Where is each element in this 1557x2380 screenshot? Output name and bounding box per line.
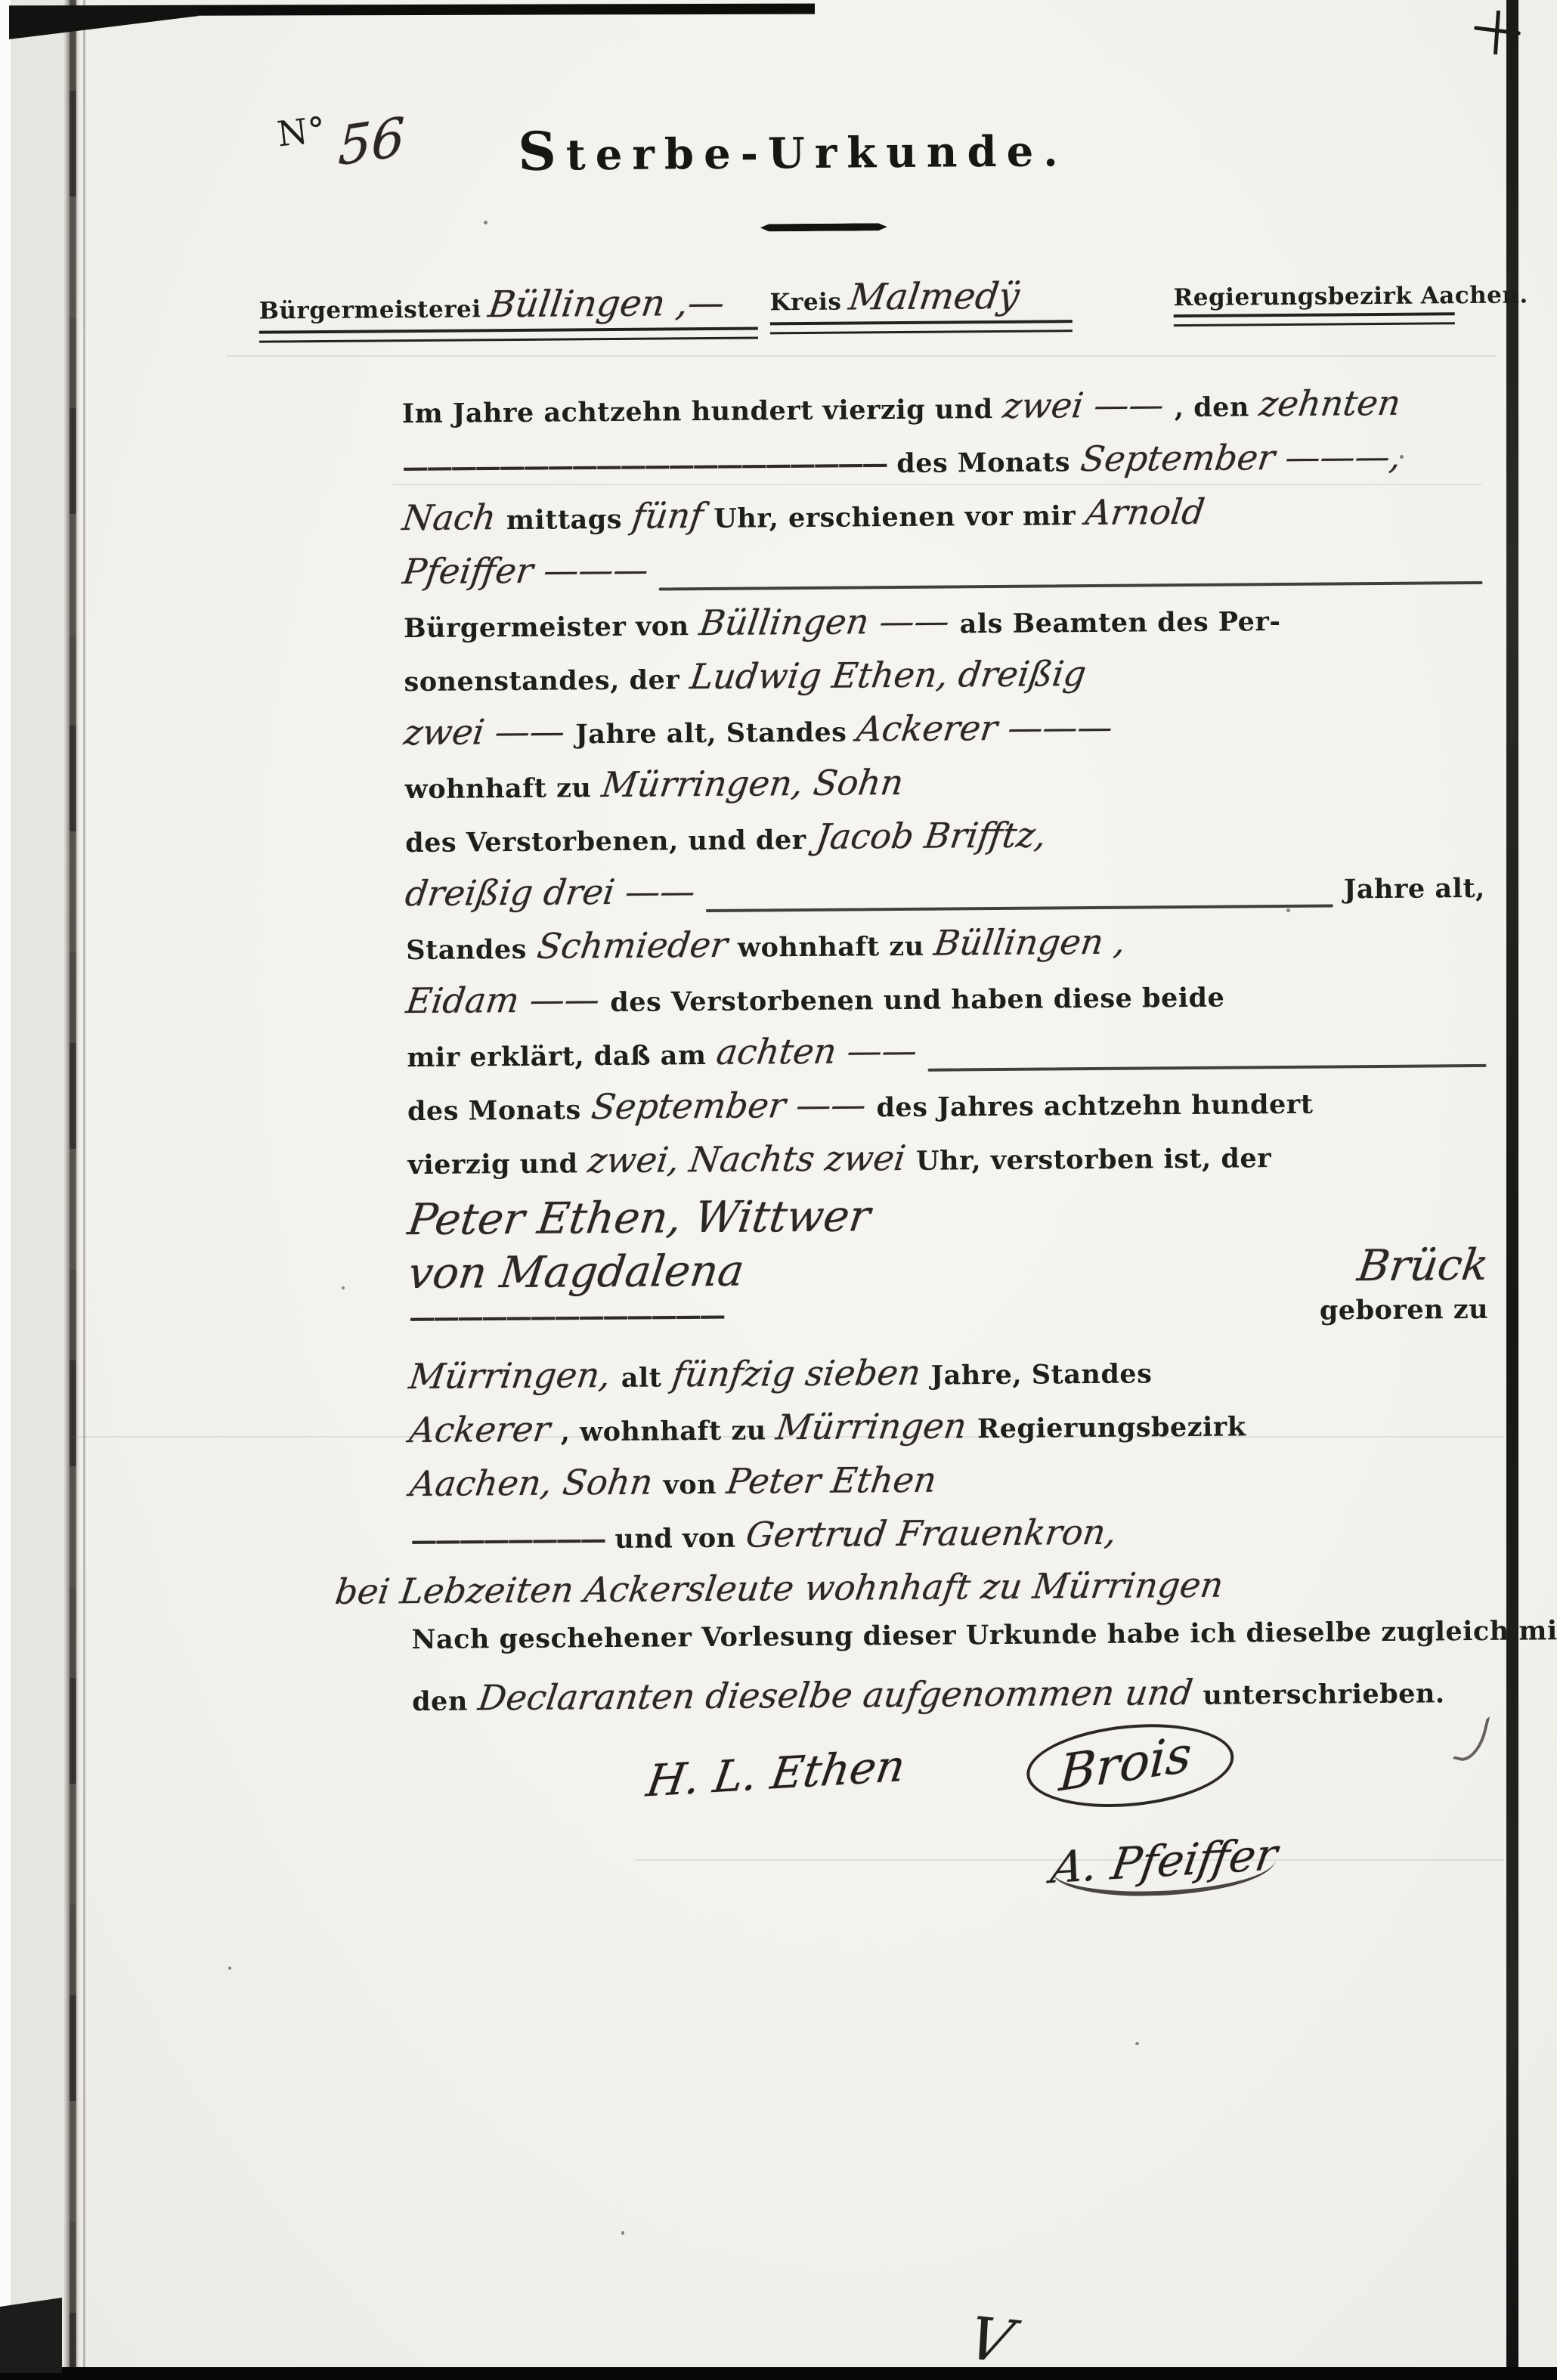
handwritten-text: von Magdalena: [405, 1246, 747, 1299]
signature-declarant-2: Brois: [1026, 1725, 1234, 1807]
printed-text: Bürgermeister von: [404, 611, 689, 644]
municipality-label: Bürgermeisterei: [259, 296, 481, 324]
printed-text: , den: [1175, 392, 1249, 423]
certificate-number-value: 56: [338, 105, 406, 178]
handwritten-text: zwei ——: [1001, 384, 1166, 426]
double-underline: [770, 320, 1073, 334]
printed-text: des Verstorbenen, und der: [405, 825, 806, 859]
handwritten-text: Ackerer: [407, 1409, 553, 1451]
form-line: Eidam ——des Verstorbenen und haben diese…: [407, 972, 1487, 1034]
handwritten-text: bei Lebzeiten Ackersleute wohnhaft zu Mü…: [333, 1564, 1225, 1612]
handwritten-text: Sohn: [811, 762, 906, 803]
handwritten-text: Nach: [400, 497, 498, 538]
municipality-field: Bürgermeisterei Büllingen ,—: [258, 281, 758, 342]
form-line: bei Lebzeiten Ackersleute wohnhaft zu Mü…: [336, 1562, 1491, 1625]
handwritten-text: fünf: [630, 495, 705, 537]
handwritten-text: Jacob Brifftz,: [814, 814, 1049, 856]
handwritten-text: Declaranten dieselbe aufgenommen und: [475, 1672, 1195, 1718]
handwritten-text: Mürringen: [774, 1405, 970, 1447]
handwritten-text: September ——: [589, 1084, 868, 1127]
form-line: sonenstandes, derLudwig Ethen,dreißig: [404, 650, 1484, 712]
scanned-death-certificate-page: V N° 56 Sterbe-Urkunde. Bürgermeisterei …: [0, 0, 1557, 2380]
form-line: denDeclaranten dieselbe aufgenommen undu…: [412, 1670, 1492, 1732]
handwritten-text: Büllingen ,: [932, 921, 1128, 964]
printed-text: , wohnhaft zu: [560, 1415, 766, 1447]
printed-text: des Jahres achtzehn hundert: [876, 1089, 1313, 1124]
form-line: vierzig undzwei,Nachts zweiUhr, verstorb…: [407, 1133, 1487, 1195]
body-text: Im Jahre achtzehn hundert vierzig undzwe…: [401, 382, 1491, 1732]
form-line: NachmittagsfünfUhr, erschienen vor mirAr…: [403, 489, 1483, 551]
certificate-number: N° 56: [277, 110, 406, 173]
printed-text: mir erklärt, daß am: [407, 1040, 706, 1073]
signature-flourish-oval: Brois: [1023, 1716, 1237, 1816]
kreis-field: Kreis Malmedÿ: [769, 274, 1073, 334]
handwritten-text: Mürringen,: [599, 763, 806, 805]
page-title: Sterbe-Urkunde.: [518, 116, 1068, 183]
form-line: Pfeiffer ———: [403, 543, 1483, 605]
kreis-label: Kreis: [769, 289, 841, 317]
handwritten-text: zehnten: [1257, 382, 1403, 425]
double-underline: [1174, 312, 1455, 327]
printed-text: Im Jahre achtzehn hundert vierzig und: [402, 394, 993, 429]
printed-text: von: [663, 1469, 717, 1501]
printed-text: Standes: [406, 934, 527, 966]
double-underline: [259, 327, 758, 342]
printed-text: des Monats: [896, 447, 1070, 479]
printed-text: Uhr, verstorben ist, der: [916, 1143, 1271, 1177]
handwritten-text: Gertrud Frauenkron,: [744, 1512, 1119, 1555]
printed-text: unterschrieben.: [1203, 1678, 1444, 1711]
signature-declarant-1: H. L. Ethen: [648, 1747, 904, 1800]
form-line: ————————————————————des MonatsSeptember …: [402, 435, 1482, 497]
filler-rule: ————————————————————: [402, 448, 886, 483]
filler-rule: [706, 904, 1333, 912]
printed-text: Jahre alt, Standes: [575, 717, 847, 751]
form-line: des Verstorbenen, und derJacob Brifftz,: [405, 811, 1485, 873]
blank-spacer: [734, 1320, 1309, 1324]
form-line: von MagdalenaBrück: [408, 1240, 1488, 1302]
handwritten-text: Nachts zwei: [687, 1137, 908, 1180]
signature-official: A. Pfeiffer: [1053, 1834, 1277, 1896]
district-label: Regierungsbezirk Aachen.: [1173, 281, 1528, 311]
handwritten-text: dreißig drei ——: [403, 871, 698, 914]
handwritten-text: September ———,: [1078, 436, 1404, 479]
form-line: Bürgermeister vonBüllingen ——als Beamten…: [404, 596, 1484, 658]
form-line: Ackerer, wohnhaft zuMürringenRegierungsb…: [410, 1401, 1490, 1463]
printed-text: Jahre, Standes: [930, 1358, 1152, 1391]
handwritten-text: Ackerer ———: [855, 707, 1116, 750]
form-line: Nach geschehener Vorlesung dieser Urkund…: [411, 1616, 1491, 1678]
handwritten-text: fünfzig sieben: [670, 1352, 923, 1395]
filler-rule: —————————————: [409, 1300, 723, 1333]
filler-rule: [927, 1064, 1486, 1072]
handwritten-text: Schmieder: [534, 924, 729, 967]
printed-text: des Verstorbenen und haben diese beide: [610, 983, 1224, 1018]
certificate-number-label: N°: [275, 109, 328, 155]
printed-text: des Monats: [407, 1094, 581, 1127]
filler-rule: ————————: [410, 1524, 604, 1556]
printed-text: mittags: [506, 504, 622, 536]
form-line: Mürringen,altfünfzig siebenJahre, Stande…: [410, 1348, 1490, 1410]
printed-text: geboren zu: [1320, 1294, 1489, 1326]
handwritten-text: Ludwig Ethen,: [688, 654, 951, 697]
form-line: ————————und vonGertrud Frauenkron,: [410, 1509, 1490, 1571]
handwritten-text: Peter Ethen: [724, 1459, 939, 1502]
form-line: des MonatsSeptember ——des Jahres achtzeh…: [407, 1079, 1487, 1141]
filler-rule: [659, 581, 1483, 591]
form-line: mir erklärt, daß amachten ——: [407, 1026, 1487, 1088]
handwritten-text: zwei ——: [401, 710, 567, 753]
handwritten-text: achten ——: [714, 1030, 920, 1072]
printed-text: Uhr, erschienen vor mir: [713, 500, 1076, 534]
printed-text: den: [412, 1686, 468, 1718]
printed-text: als Beamten des Per-: [960, 606, 1281, 639]
municipality-value: Büllingen ,—: [486, 282, 727, 327]
title-divider: [760, 223, 887, 231]
printed-text: Regierungsbezirk: [977, 1411, 1246, 1444]
certificate-content: N° 56 Sterbe-Urkunde. Bürgermeisterei Bü…: [0, 0, 1557, 2380]
handwritten-text: Mürringen,: [407, 1354, 613, 1397]
form-line: —————————————geboren zu: [409, 1294, 1489, 1356]
handwritten-text: Pfeiffer ———: [401, 549, 651, 593]
handwritten-text: Aachen, Sohn: [407, 1462, 655, 1505]
printed-text: wohnhaft zu: [738, 931, 924, 964]
district-field: Regierungsbezirk Aachen.: [1173, 282, 1454, 327]
form-line: Im Jahre achtzehn hundert vierzig undzwe…: [401, 382, 1481, 444]
handwritten-text: Eidam ——: [404, 979, 602, 1021]
printed-text: wohnhaft zu: [404, 772, 591, 805]
form-line: zwei ——Jahre alt, StandesAckerer ———: [404, 704, 1484, 766]
form-line: Aachen, SohnvonPeter Ethen: [410, 1455, 1490, 1517]
handwritten-text: zwei,: [586, 1139, 682, 1181]
handwritten-text: dreißig: [956, 653, 1088, 695]
kreis-value: Malmedÿ: [847, 275, 1022, 319]
form-line: StandesSchmiederwohnhaft zuBüllingen ,: [406, 918, 1486, 980]
handwritten-text: Brück: [1354, 1240, 1491, 1291]
handwritten-text: Peter Ethen, Wittwer: [405, 1191, 874, 1245]
printed-text: Jahre alt,: [1344, 873, 1485, 905]
printed-text: sonenstandes, der: [404, 664, 679, 698]
handwritten-text: Arnold: [1084, 491, 1208, 533]
blank-spacer: [754, 1280, 1347, 1285]
form-line: wohnhaft zuMürringen,Sohn: [404, 757, 1484, 819]
handwritten-text: Büllingen ——: [697, 600, 952, 643]
printed-text: vierzig und: [407, 1148, 577, 1181]
printed-text: alt: [621, 1362, 662, 1393]
printed-text: und von: [614, 1523, 736, 1555]
form-line: Peter Ethen, Wittwer: [408, 1187, 1488, 1249]
form-line: dreißig drei ——Jahre alt,: [406, 865, 1486, 927]
